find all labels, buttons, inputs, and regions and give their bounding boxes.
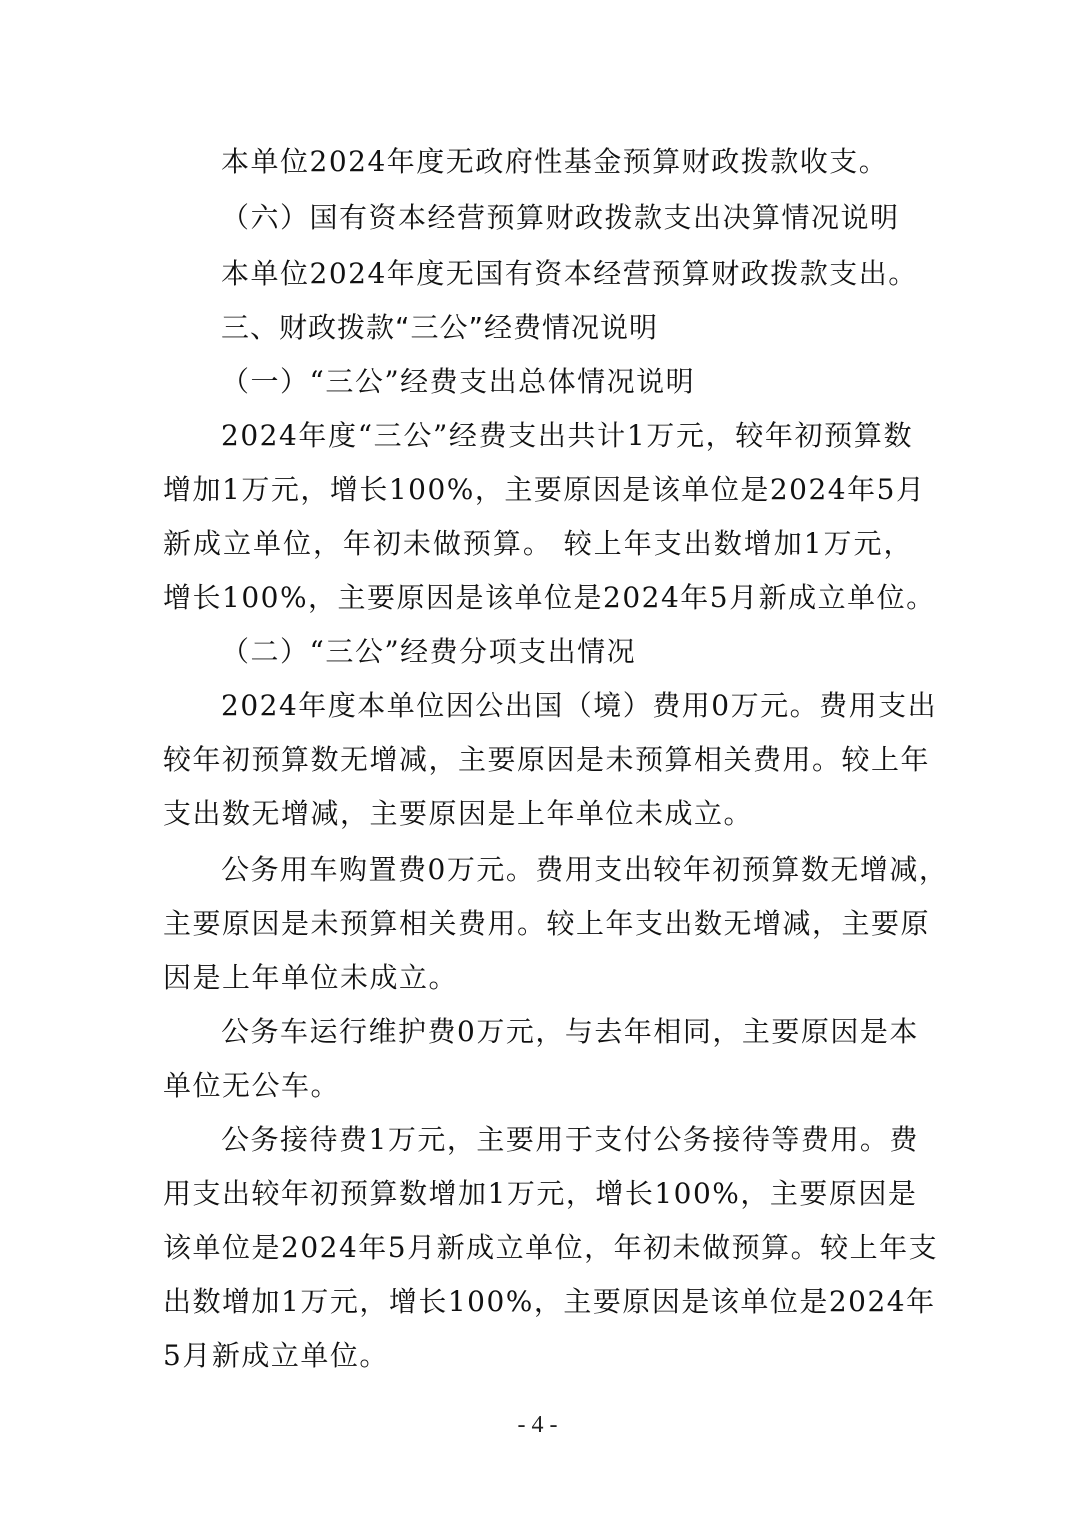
section-heading-state-capital: （六）国有资本经营预算财政拨款支出决算情况说明 (221, 200, 971, 236)
paragraph-line: 该单位是2024年5月新成立单位，年初未做预算。较上年支 (163, 1230, 913, 1266)
paragraph-line: 2024年度“三公”经费支出共计1万元，较年初预算数 (221, 418, 913, 454)
paragraph-line: 出数增加1万元，增长100%，主要原因是该单位是2024年 (163, 1284, 913, 1320)
page-number: - 4 - (0, 1410, 1075, 1440)
paragraph-line: 公务用车购置费0万元。费用支出较年初预算数无增减， (221, 852, 913, 888)
paragraph-line: 用支出较年初预算数增加1万元，增长100%，主要原因是 (163, 1176, 913, 1212)
paragraph-line: 公务接待费1万元，主要用于支付公务接待等费用。费 (221, 1122, 913, 1158)
section-heading-three-public: 三、财政拨款“三公”经费情况说明 (221, 310, 971, 346)
paragraph-line: 增加1万元，增长100%，主要原因是该单位是2024年5月 (163, 472, 913, 508)
paragraph-line-state-capital: 本单位2024年度无国有资本经营预算财政拨款支出。 (221, 256, 971, 292)
paragraph-line: 公务车运行维护费0万元，与去年相同，主要原因是本 (221, 1014, 913, 1050)
paragraph-line: 因是上年单位未成立。 (163, 960, 913, 996)
paragraph-line: 增长100%，主要原因是该单位是2024年5月新成立单位。 (163, 580, 913, 616)
subsection-heading-itemized: （二）“三公”经费分项支出情况 (221, 634, 971, 670)
paragraph-line: 新成立单位，年初未做预算。 较上年支出数增加1万元， (163, 526, 913, 562)
paragraph-line: 5月新成立单位。 (163, 1338, 913, 1374)
paragraph-line-gov-fund: 本单位2024年度无政府性基金预算财政拨款收支。 (221, 144, 971, 180)
paragraph-line: 支出数无增减，主要原因是上年单位未成立。 (163, 796, 913, 832)
document-page: 本单位2024年度无政府性基金预算财政拨款收支。 （六）国有资本经营预算财政拨款… (0, 0, 1075, 1520)
subsection-heading-overall: （一）“三公”经费支出总体情况说明 (221, 364, 971, 400)
paragraph-line: 2024年度本单位因公出国（境）费用0万元。费用支出 (221, 688, 913, 724)
paragraph-line: 较年初预算数无增减，主要原因是未预算相关费用。较上年 (163, 742, 913, 778)
paragraph-line: 主要原因是未预算相关费用。较上年支出数无增减，主要原 (163, 906, 913, 942)
paragraph-line: 单位无公车。 (163, 1068, 913, 1104)
